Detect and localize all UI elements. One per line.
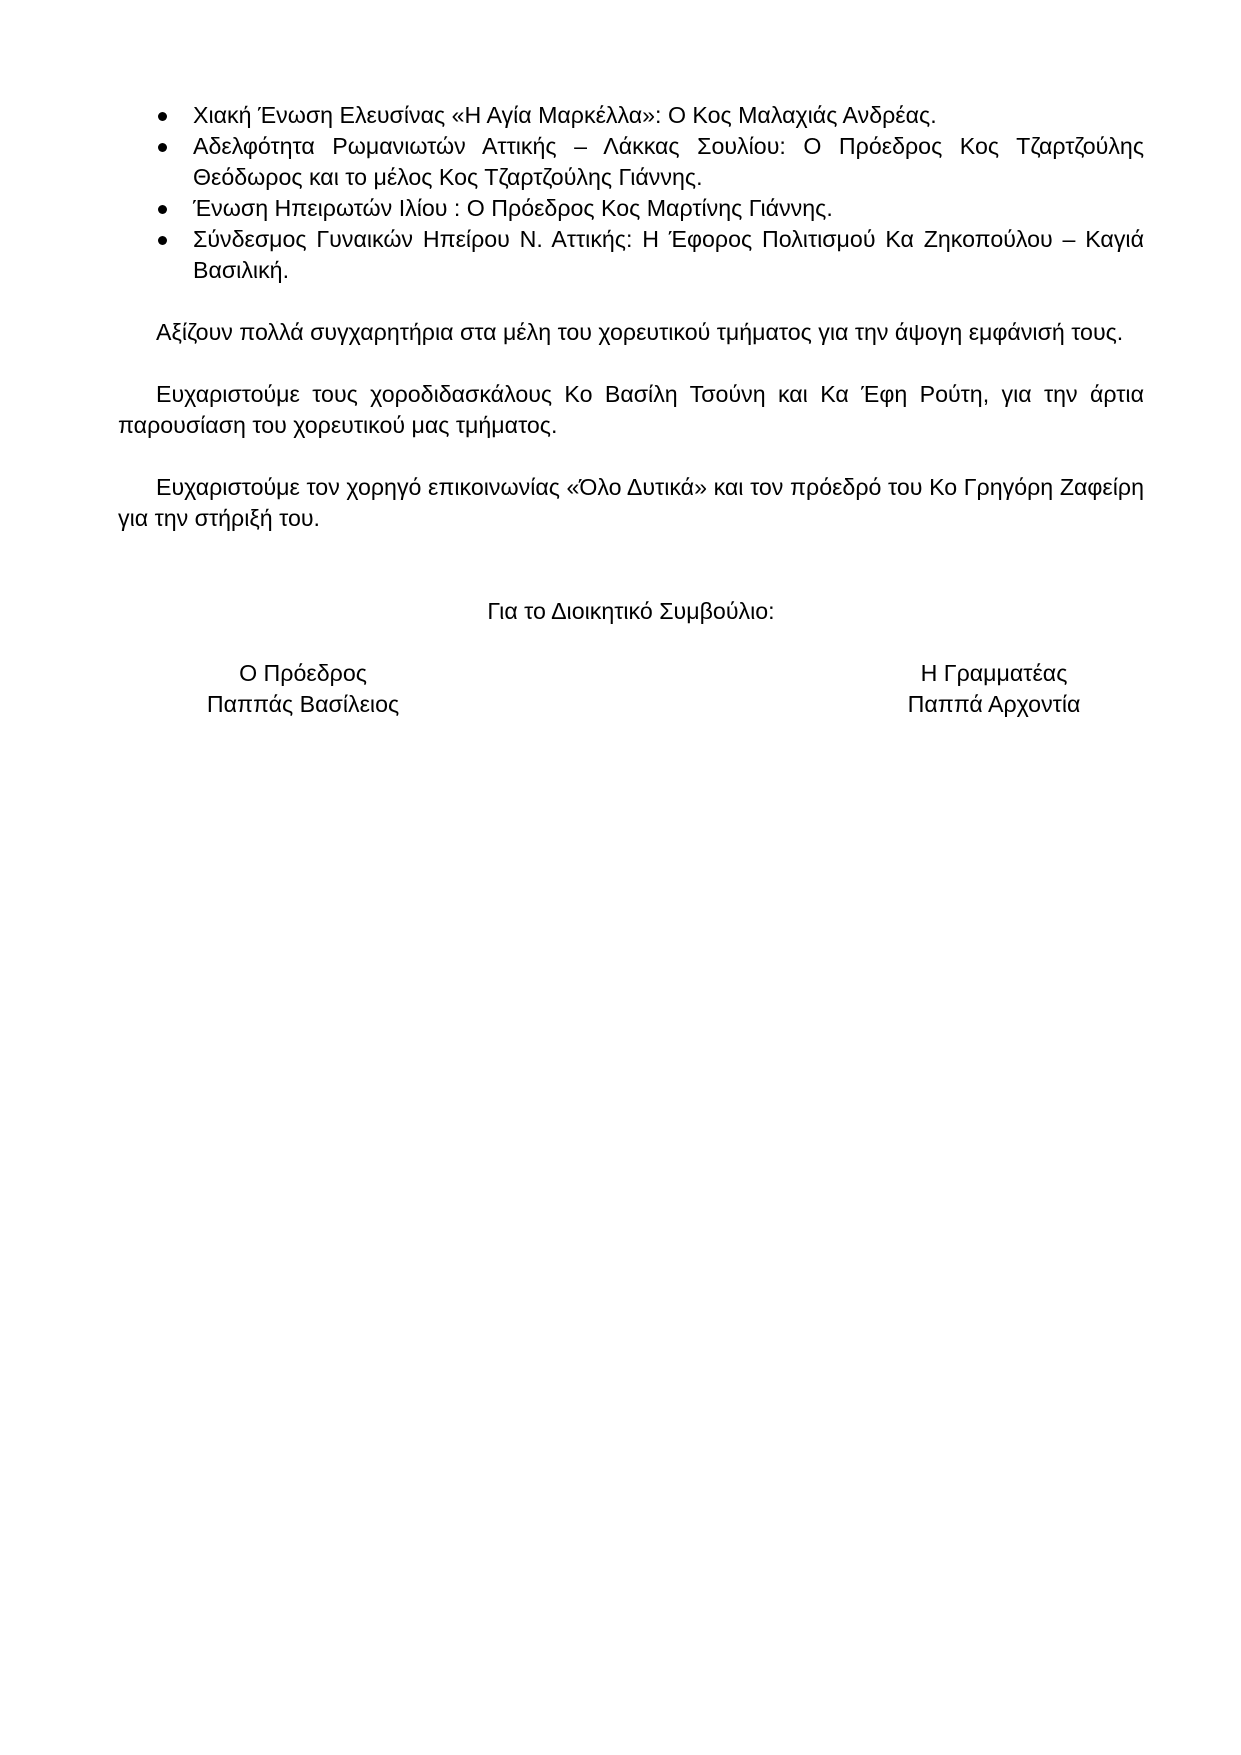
- secretary-signature: Η Γραμματέας Παππά Αρχοντία: [809, 658, 1179, 720]
- bullet-icon: [158, 236, 167, 245]
- document-body: Χιακή Ένωση Ελευσίνας «Η Αγία Μαρκέλλα»:…: [118, 100, 1144, 720]
- list-item: Αδελφότητα Ρωμανιωτών Αττικής – Λάκκας Σ…: [118, 131, 1144, 193]
- list-item-text: Σύνδεσμος Γυναικών Ηπείρου Ν. Αττικής: Η…: [193, 226, 1144, 283]
- thanks-instructors-paragraph: Ευχαριστούμε τους χοροδιδασκάλους Κο Βασ…: [118, 379, 1144, 441]
- document-page: Χιακή Ένωση Ελευσίνας «Η Αγία Μαρκέλλα»:…: [0, 0, 1241, 1755]
- secretary-role: Η Γραμματέας: [809, 658, 1179, 689]
- list-item: Χιακή Ένωση Ελευσίνας «Η Αγία Μαρκέλλα»:…: [118, 100, 1144, 131]
- attendees-list: Χιακή Ένωση Ελευσίνας «Η Αγία Μαρκέλλα»:…: [118, 100, 1144, 286]
- president-name: Παππάς Βασίλειος: [118, 689, 488, 720]
- list-item-text: Αδελφότητα Ρωμανιωτών Αττικής – Λάκκας Σ…: [193, 133, 1144, 190]
- president-signature: Ο Πρόεδρος Παππάς Βασίλειος: [118, 658, 488, 720]
- list-item: Σύνδεσμος Γυναικών Ηπείρου Ν. Αττικής: Η…: [118, 224, 1144, 286]
- list-item-text: Ένωση Ηπειρωτών Ιλίου : Ο Πρόεδρος Κος Μ…: [193, 195, 833, 221]
- bullet-icon: [158, 205, 167, 214]
- thanks-sponsor-paragraph: Ευχαριστούμε τον χορηγό επικοινωνίας «Όλ…: [118, 472, 1144, 534]
- bullet-icon: [158, 112, 167, 121]
- congratulations-paragraph: Αξίζουν πολλά συγχαρητήρια στα μέλη του …: [118, 317, 1144, 348]
- list-item-text: Χιακή Ένωση Ελευσίνας «Η Αγία Μαρκέλλα»:…: [193, 102, 937, 128]
- president-role: Ο Πρόεδρος: [118, 658, 488, 689]
- bullet-icon: [158, 143, 167, 152]
- board-label: Για το Διοικητικό Συμβούλιο:: [118, 596, 1144, 627]
- list-item: Ένωση Ηπειρωτών Ιλίου : Ο Πρόεδρος Κος Μ…: [118, 193, 1144, 224]
- secretary-name: Παππά Αρχοντία: [809, 689, 1179, 720]
- signature-block: Ο Πρόεδρος Παππάς Βασίλειος Η Γραμματέας…: [118, 658, 1144, 720]
